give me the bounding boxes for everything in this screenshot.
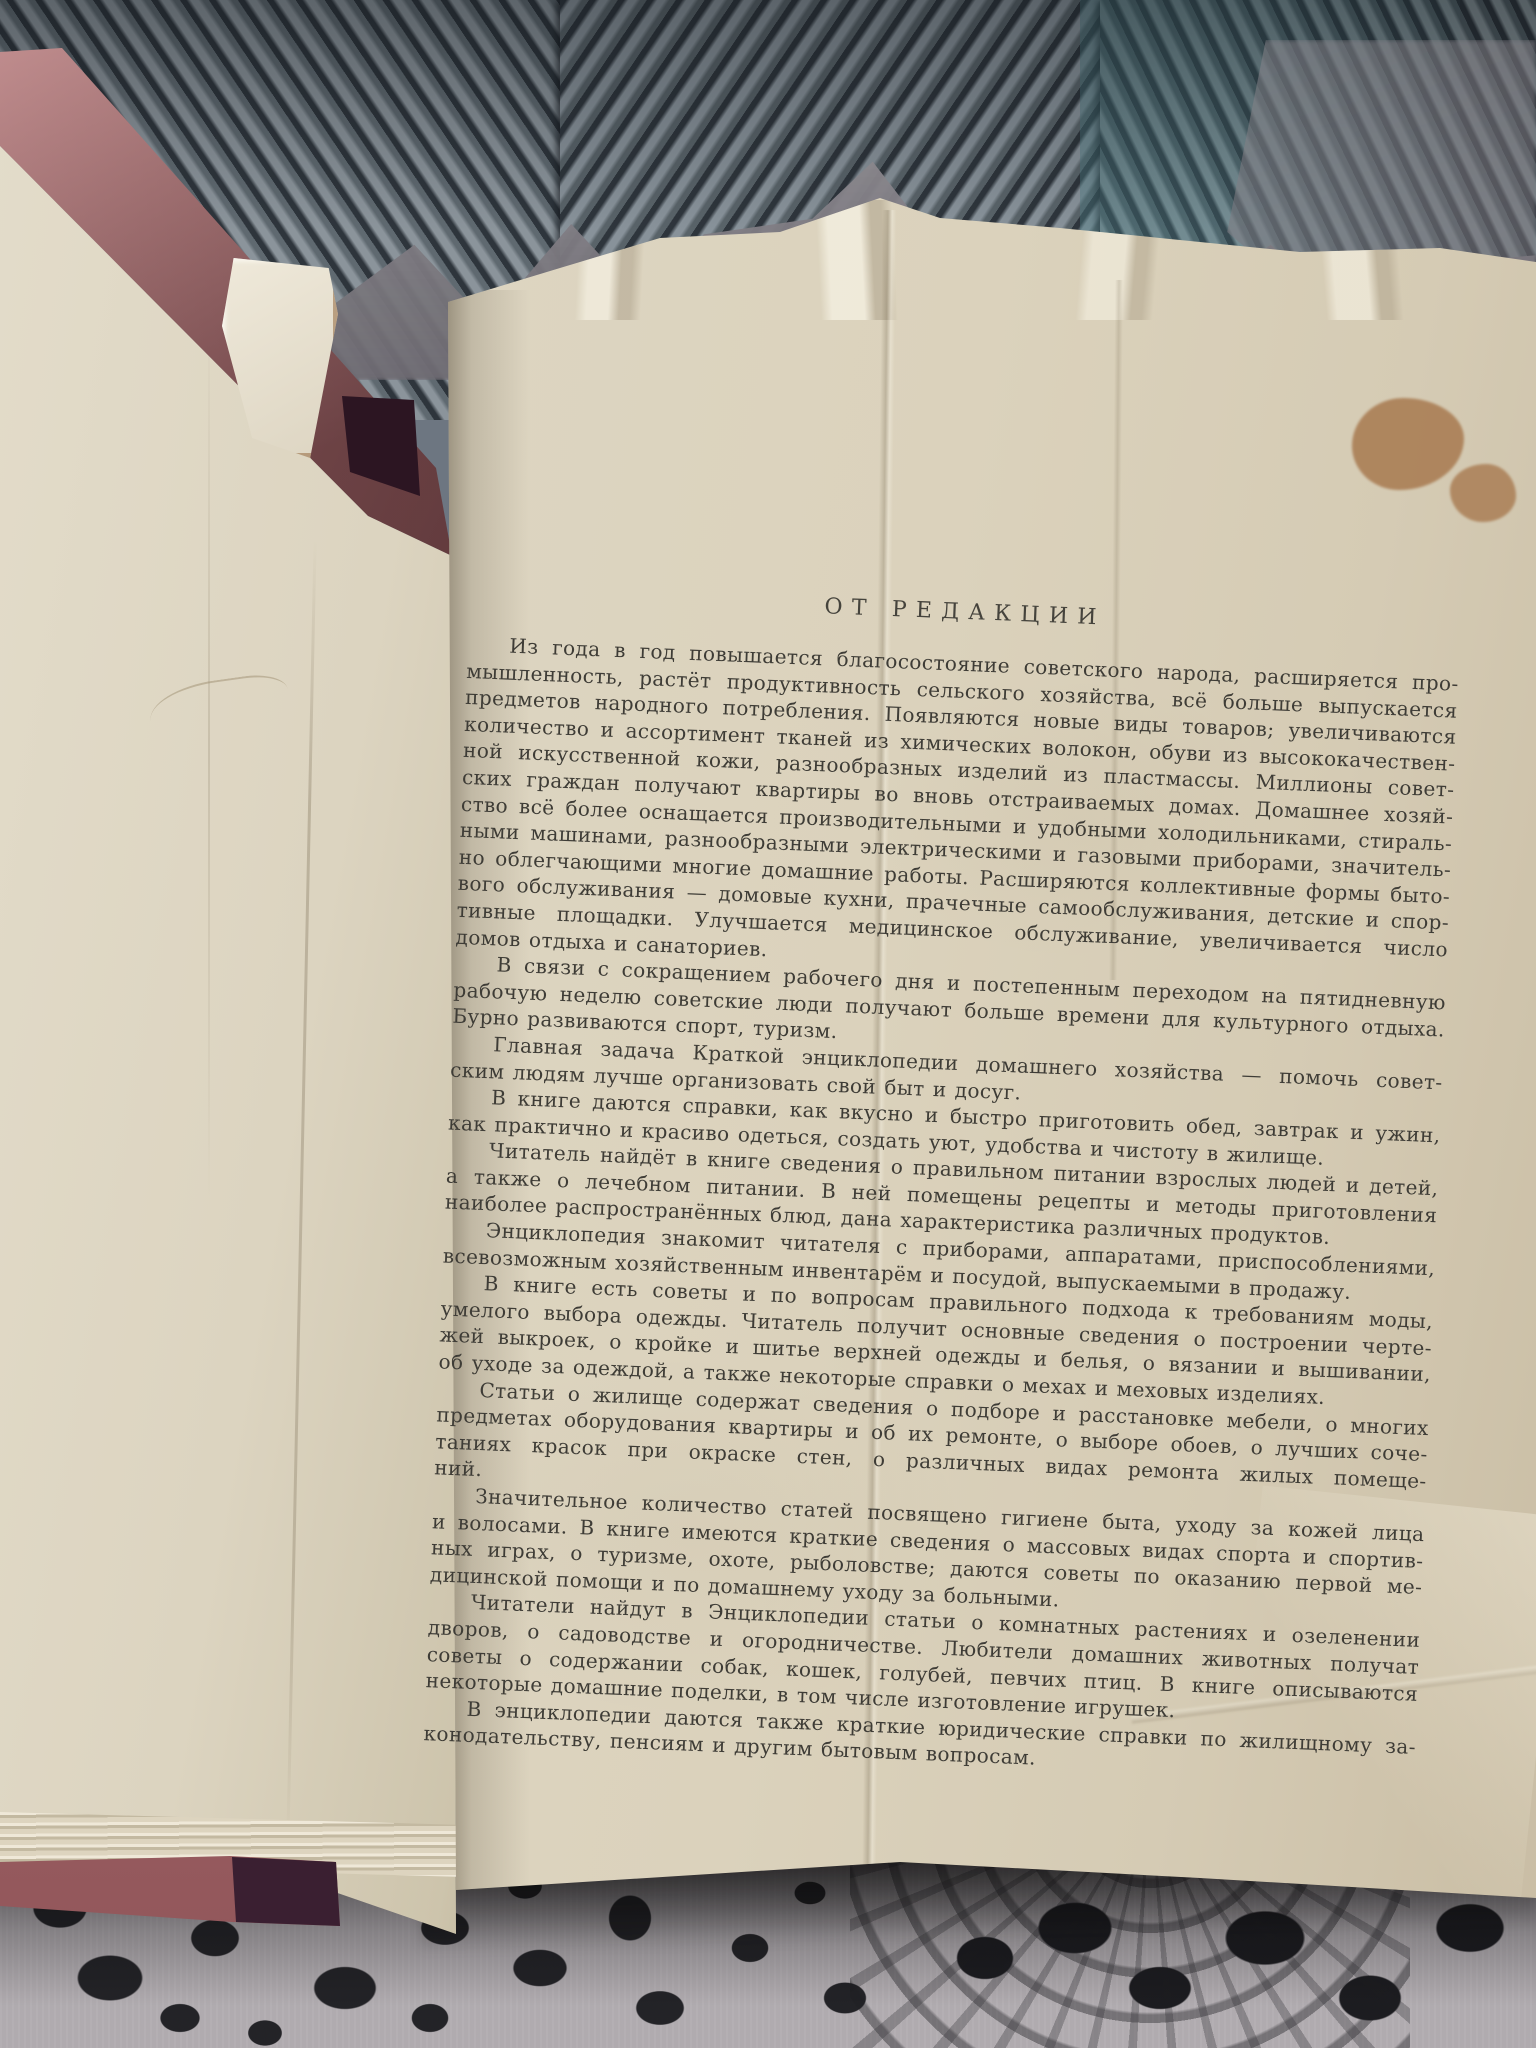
left-page-crease	[286, 540, 316, 1840]
printed-text-block: ОТ РЕДАКЦИИ Из года в год повышается бла…	[423, 580, 1461, 1787]
photo-of-open-book: ОТ РЕДАКЦИИ Из года в год повышается бла…	[0, 0, 1536, 2048]
left-page-tear-mark	[146, 671, 293, 752]
left-page-crease	[208, 300, 210, 1200]
paragraph: Из года в год повышается благосостояние …	[455, 631, 1459, 990]
brown-stain-small	[1450, 464, 1516, 522]
page-text-body: Из года в год повышается благосостояние …	[423, 631, 1459, 1787]
